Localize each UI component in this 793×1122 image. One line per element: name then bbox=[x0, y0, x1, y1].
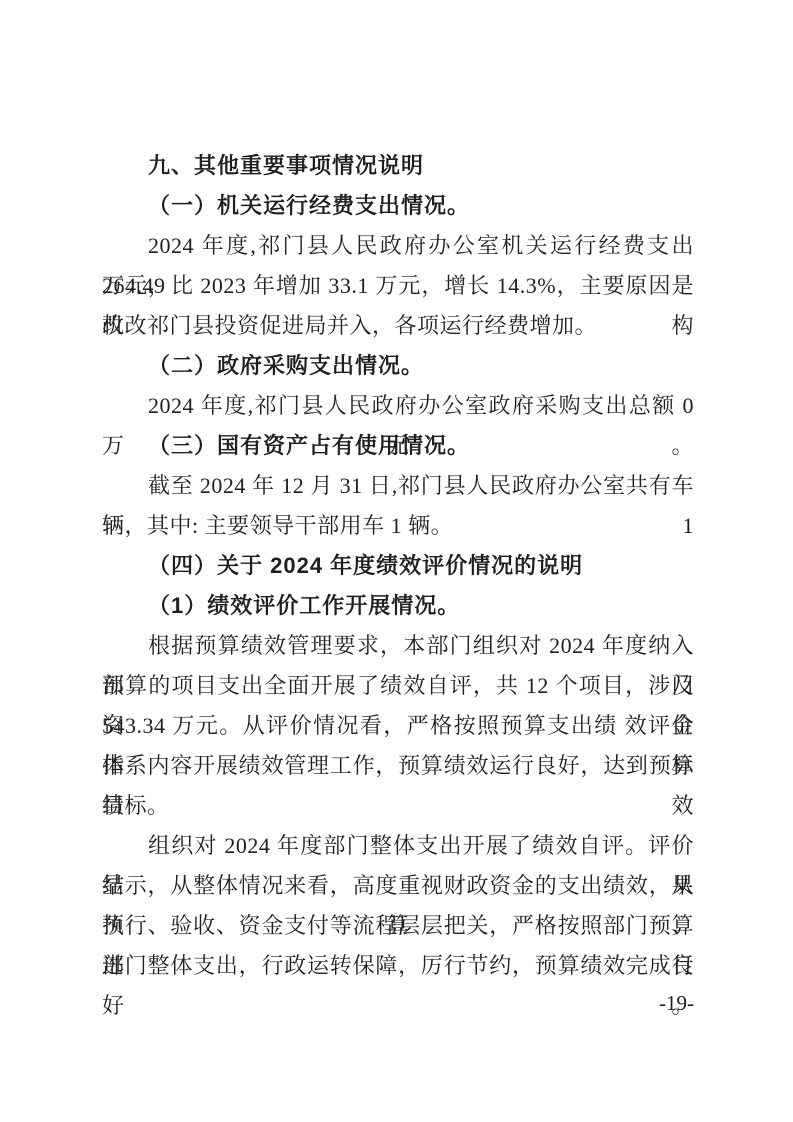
subheading-performance-evaluation: （四）关于 2024 年度绩效评价情况的说明 bbox=[102, 546, 694, 586]
paragraph-operating-expense-line-2: 万元，比 2023 年增加 33.1 万元，增长 14.3%，主要原因是机构 bbox=[102, 266, 694, 306]
document-page: 九、其他重要事项情况说明 （一）机关运行经费支出情况。 2024 年度,祁门县人… bbox=[0, 0, 793, 1122]
page-number: -19- bbox=[0, 990, 694, 1016]
paragraph-overall-expense-evaluation-line-2: 显示，从整体情况来看，高度重视财政资金的支出绩效，从预算、 bbox=[102, 866, 694, 906]
paragraph-project-self-evaluation-line-1: 根据预算绩效管理要求，本部门组织对 2024 年度纳入部门 bbox=[102, 626, 694, 666]
paragraph-procurement-line-1: 2024 年度,祁门县人民政府办公室政府采购支出总额 0 万元。 bbox=[102, 386, 694, 426]
subheading-performance-evaluation-work: （1）绩效评价工作开展情况。 bbox=[102, 586, 694, 626]
paragraph-overall-expense-evaluation-line-4: 部门整体支出，行政运转保障，厉行节约，预算绩效完成良好。 bbox=[102, 946, 694, 986]
subheading-government-procurement: （二）政府采购支出情况。 bbox=[102, 346, 694, 386]
paragraph-state-assets-line-1: 截至 2024 年 12 月 31 日,祁门县人民政府办公室共有车辆 1 bbox=[102, 466, 694, 506]
paragraph-project-self-evaluation-line-3: 543.34 万元。从评价情况看，严格按照预算支出绩 效评价指标 bbox=[102, 706, 694, 746]
document-body: 九、其他重要事项情况说明 （一）机关运行经费支出情况。 2024 年度,祁门县人… bbox=[102, 146, 694, 986]
paragraph-overall-expense-evaluation-line-1: 组织对 2024 年度部门整体支出开展了绩效自评。评价结果 bbox=[102, 826, 694, 866]
paragraph-project-self-evaluation-line-2: 预算的项目支出全面开展了绩效自评，共 12 个项目，涉及资金 bbox=[102, 666, 694, 706]
paragraph-operating-expense-line-1: 2024 年度,祁门县人民政府办公室机关运行经费支出 264.49 bbox=[102, 226, 694, 266]
section-heading-nine: 九、其他重要事项情况说明 bbox=[102, 146, 694, 186]
paragraph-overall-expense-evaluation-line-3: 执行、验收、资金支付等流程层层把关，严格按照部门预算进行 bbox=[102, 906, 694, 946]
paragraph-project-self-evaluation-line-4: 体系内容开展绩效管理工作，预算绩效运行良好，达到预算绩效 bbox=[102, 746, 694, 786]
subheading-agency-operating-expense: （一）机关运行经费支出情况。 bbox=[102, 186, 694, 226]
